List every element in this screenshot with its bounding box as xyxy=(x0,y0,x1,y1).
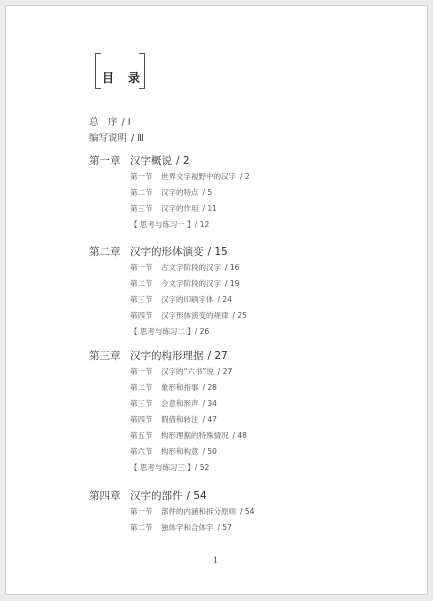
toc-entry-page: / 24 xyxy=(218,295,232,304)
toc-exercise[interactable]: 【 思考与练习一 】/ 12 xyxy=(130,219,209,230)
toc-entry-page: / 54 xyxy=(240,507,254,516)
toc-section[interactable]: 第三节汉字的印刷字体/ 24 xyxy=(130,294,232,305)
toc-section[interactable]: 第四节假借和转注/ 47 xyxy=(130,414,217,425)
toc-entry-label: 第六节 xyxy=(130,446,161,457)
toc-entry-page: / 11 xyxy=(203,204,217,213)
toc-entry-page: / 16 xyxy=(225,263,239,272)
toc-entry-title: 古文字阶段的汉字 xyxy=(161,263,221,272)
toc-heading: 目录 xyxy=(102,69,154,86)
toc-entry-label: 第三节 xyxy=(130,398,161,409)
toc-entry-title: 汉字的“六书”说 xyxy=(161,367,214,376)
toc-entry-title: 汉字的构形理据 xyxy=(130,350,204,362)
toc-entry-page: / 48 xyxy=(233,431,247,440)
toc-entry-title: 汉字的特点 xyxy=(161,188,199,197)
toc-entry-title: 会意和形声 xyxy=(161,399,199,408)
left-bracket xyxy=(95,53,101,89)
toc-entry-page: / 27 xyxy=(208,350,228,362)
toc-entry-page: / 50 xyxy=(203,447,217,456)
toc-entry-page: / 2 xyxy=(240,172,250,181)
toc-section[interactable]: 第四节汉字形体演变的规律/ 25 xyxy=(130,310,247,321)
toc-entry-title: 构形和构意 xyxy=(161,447,199,456)
toc-entry-label: 第一节 xyxy=(130,506,161,517)
toc-entry-title: 独体字和合体字 xyxy=(161,523,214,532)
toc-entry-title: 构形理据的特殊情况 xyxy=(161,431,229,440)
toc-entry-label: 第四节 xyxy=(130,414,161,425)
toc-entry-page: / 12 xyxy=(195,220,209,229)
toc-entry-page: / 57 xyxy=(218,523,232,532)
toc-entry-title: 编写说明 xyxy=(89,133,127,144)
toc-entry-title: 【 思考与练习二 】 xyxy=(130,327,195,336)
toc-entry-title: 部件的内涵和拆分原则 xyxy=(161,507,236,516)
toc-front-item[interactable]: 总 序/ Ⅰ xyxy=(89,114,131,128)
toc-entry-label: 第五节 xyxy=(130,430,161,441)
toc-entry-title: 假借和转注 xyxy=(161,415,199,424)
toc-entry-title: 象形和指事 xyxy=(161,383,199,392)
toc-section[interactable]: 第三节汉字的作用/ 11 xyxy=(130,203,217,214)
toc-section[interactable]: 第一节世界文字视野中的汉字/ 2 xyxy=(130,171,250,182)
toc-entry-label: 第二节 xyxy=(130,522,161,533)
toc-entry-page: / 54 xyxy=(187,490,207,502)
toc-entry-label: 第二节 xyxy=(130,382,161,393)
toc-entry-title: 汉字形体演变的规律 xyxy=(161,311,229,320)
toc-entry-label: 第一节 xyxy=(130,366,161,377)
toc-entry-title: 今文字阶段的汉字 xyxy=(161,279,221,288)
toc-section[interactable]: 第三节会意和形声/ 34 xyxy=(130,398,217,409)
toc-entry-page: / Ⅲ xyxy=(131,133,144,144)
toc-entry-page: / 5 xyxy=(203,188,213,197)
toc-entry-page: / 26 xyxy=(195,327,209,336)
toc-entry-label: 第一章 xyxy=(89,153,130,168)
toc-entry-title: 汉字的作用 xyxy=(161,204,199,213)
toc-entry-label: 第二节 xyxy=(130,187,161,198)
toc-entry-page: / 15 xyxy=(208,246,228,258)
toc-exercise[interactable]: 【 思考与练习二 】/ 26 xyxy=(130,326,209,337)
toc-entry-title: 汉字的部件 xyxy=(130,490,183,502)
toc-entry-title: 汉字的印刷字体 xyxy=(161,295,214,304)
toc-section[interactable]: 第二节独体字和合体字/ 57 xyxy=(130,522,232,533)
toc-entry-page: / 25 xyxy=(233,311,247,320)
toc-entry-label: 第四章 xyxy=(89,488,130,503)
toc-entry-page: / 2 xyxy=(176,155,190,167)
toc-entry-page: / 27 xyxy=(218,367,232,376)
toc-entry-title: 总 序 xyxy=(89,117,118,128)
toc-section[interactable]: 第一节古文字阶段的汉字/ 16 xyxy=(130,262,239,273)
toc-section[interactable]: 第六节构形和构意/ 50 xyxy=(130,446,217,457)
toc-entry-title: 世界文字视野中的汉字 xyxy=(161,172,236,181)
toc-chapter[interactable]: 第四章汉字的部件/ 54 xyxy=(89,488,207,503)
toc-chapter[interactable]: 第三章汉字的构形理据/ 27 xyxy=(89,348,228,363)
toc-section[interactable]: 第二节今文字阶段的汉字/ 19 xyxy=(130,278,239,289)
toc-entry-page: / 47 xyxy=(203,415,217,424)
toc-exercise[interactable]: 【 思考与练习三 】/ 52 xyxy=(130,462,209,473)
toc-entry-label: 第二节 xyxy=(130,278,161,289)
toc-entry-page: / 28 xyxy=(203,383,217,392)
toc-entry-label: 第四节 xyxy=(130,310,161,321)
toc-entry-label: 第三章 xyxy=(89,348,130,363)
toc-chapter[interactable]: 第二章汉字的形体演变/ 15 xyxy=(89,244,228,259)
toc-entry-label: 第三节 xyxy=(130,203,161,214)
toc-entry-label: 第一节 xyxy=(130,171,161,182)
toc-section[interactable]: 第一节汉字的“六书”说/ 27 xyxy=(130,366,232,377)
toc-section[interactable]: 第五节构形理据的特殊情况/ 48 xyxy=(130,430,247,441)
toc-heading-box: 目录 xyxy=(95,53,145,87)
toc-entry-page: / 34 xyxy=(203,399,217,408)
toc-entry-title: 【 思考与练习三 】 xyxy=(130,463,195,472)
toc-front-item[interactable]: 编写说明/ Ⅲ xyxy=(89,130,144,144)
toc-section[interactable]: 第一节部件的内涵和拆分原则/ 54 xyxy=(130,506,254,517)
toc-entry-label: 第三节 xyxy=(130,294,161,305)
toc-section[interactable]: 第二节汉字的特点/ 5 xyxy=(130,187,212,198)
toc-entry-page: / 19 xyxy=(225,279,239,288)
toc-entry-label: 第二章 xyxy=(89,244,130,259)
toc-entry-page: / 52 xyxy=(195,463,209,472)
toc-entry-title: 【 思考与练习一 】 xyxy=(130,220,195,229)
toc-section[interactable]: 第二节象形和指事/ 28 xyxy=(130,382,217,393)
page-number: 1 xyxy=(213,556,218,565)
toc-entry-page: / Ⅰ xyxy=(122,117,131,128)
toc-entry-title: 汉字的形体演变 xyxy=(130,246,204,258)
toc-entry-label: 第一节 xyxy=(130,262,161,273)
toc-chapter[interactable]: 第一章汉字概说/ 2 xyxy=(89,153,190,168)
toc-entry-title: 汉字概说 xyxy=(130,155,172,167)
